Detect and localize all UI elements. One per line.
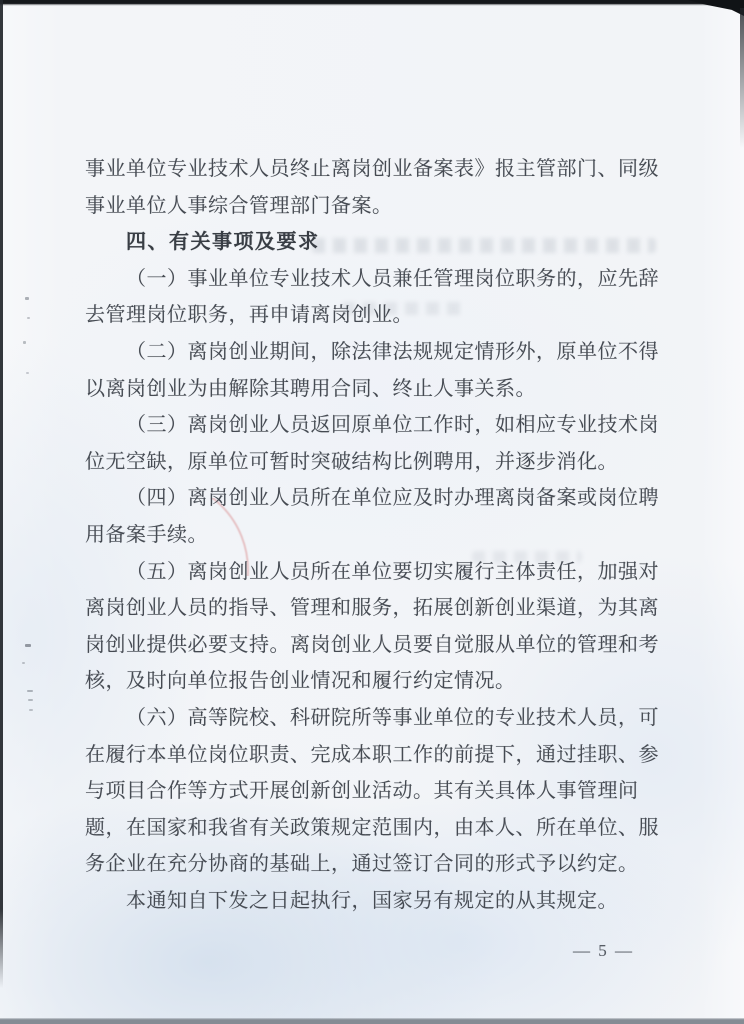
text-line: （一）事业单位专业技术人员兼任管理岗位职务的，应先辞 bbox=[85, 261, 665, 298]
text-line: 位无空缺，原单位可暂时突破结构比例聘用，并逐步消化。 bbox=[85, 444, 665, 481]
text-line: 题，在国家和我省有关政策规定范围内，由本人、所在单位、服 bbox=[85, 810, 665, 847]
text-line: 离岗创业人员的指导、管理和服务，拓展创新创业渠道，为其离 bbox=[85, 590, 665, 627]
text-line: 去管理岗位职务，再申请离岗创业。 bbox=[85, 297, 665, 334]
text-line: 以离岗创业为由解除其聘用合同、终止人事关系。 bbox=[85, 371, 665, 408]
text-line: 本通知自下发之日起执行，国家另有规定的从其规定。 bbox=[85, 883, 665, 920]
debris-speck bbox=[25, 644, 31, 647]
section-heading: 四、有关事项及要求 bbox=[85, 224, 665, 261]
text-line: （二）离岗创业期间，除法律法规规定情形外，原单位不得 bbox=[85, 334, 665, 371]
debris-speck bbox=[28, 699, 33, 701]
text-line: 核，及时向单位报告创业情况和履行约定情况。 bbox=[85, 663, 665, 700]
text-line: 事业单位人事综合管理部门备案。 bbox=[85, 188, 665, 225]
debris-speck bbox=[26, 372, 29, 374]
scan-left-edge-artifact bbox=[0, 0, 3, 988]
debris-speck bbox=[23, 341, 26, 344]
text-line: 在履行本单位岗位职责、完成本职工作的前提下，通过挂职、参 bbox=[85, 737, 665, 774]
debris-speck bbox=[27, 690, 33, 692]
text-line: 用备案手续。 bbox=[85, 517, 665, 554]
text-line: 岗创业提供必要支持。离岗创业人员要自觉服从单位的管理和考 bbox=[85, 627, 665, 664]
text-line: （五）离岗创业人员所在单位要切实履行主体责任，加强对 bbox=[85, 554, 665, 591]
scan-bottom-edge-artifact bbox=[0, 1018, 744, 1024]
debris-speck bbox=[27, 317, 30, 319]
scan-right-edge-artifact bbox=[740, 8, 744, 148]
text-line: （三）离岗创业人员返回原单位工作时，如相应专业技术岗 bbox=[85, 407, 665, 444]
text-line: 与项目合作等方式开展创新创业活动。其有关具体人事管理问 bbox=[85, 773, 665, 810]
page-number: — 5 — bbox=[573, 941, 663, 961]
debris-speck bbox=[25, 297, 29, 300]
debris-speck bbox=[29, 709, 33, 711]
text-line: 事业单位专业技术人员终止离岗创业备案表》报主管部门、同级 bbox=[85, 151, 665, 188]
document-text-block: 事业单位专业技术人员终止离岗创业备案表》报主管部门、同级事业单位人事综合管理部门… bbox=[85, 151, 665, 919]
text-line: （六）高等院校、科研院所等事业单位的专业技术人员，可 bbox=[85, 700, 665, 737]
scan-top-edge-artifact bbox=[0, 0, 744, 6]
scanned-page: 事业单位专业技术人员终止离岗创业备案表》报主管部门、同级事业单位人事综合管理部门… bbox=[0, 0, 744, 1024]
text-line: 务企业在充分协商的基础上，通过签订合同的形式予以约定。 bbox=[85, 846, 665, 883]
debris-speck bbox=[22, 662, 25, 664]
text-line: （四）离岗创业人员所在单位应及时办理离岗备案或岗位聘 bbox=[85, 480, 665, 517]
